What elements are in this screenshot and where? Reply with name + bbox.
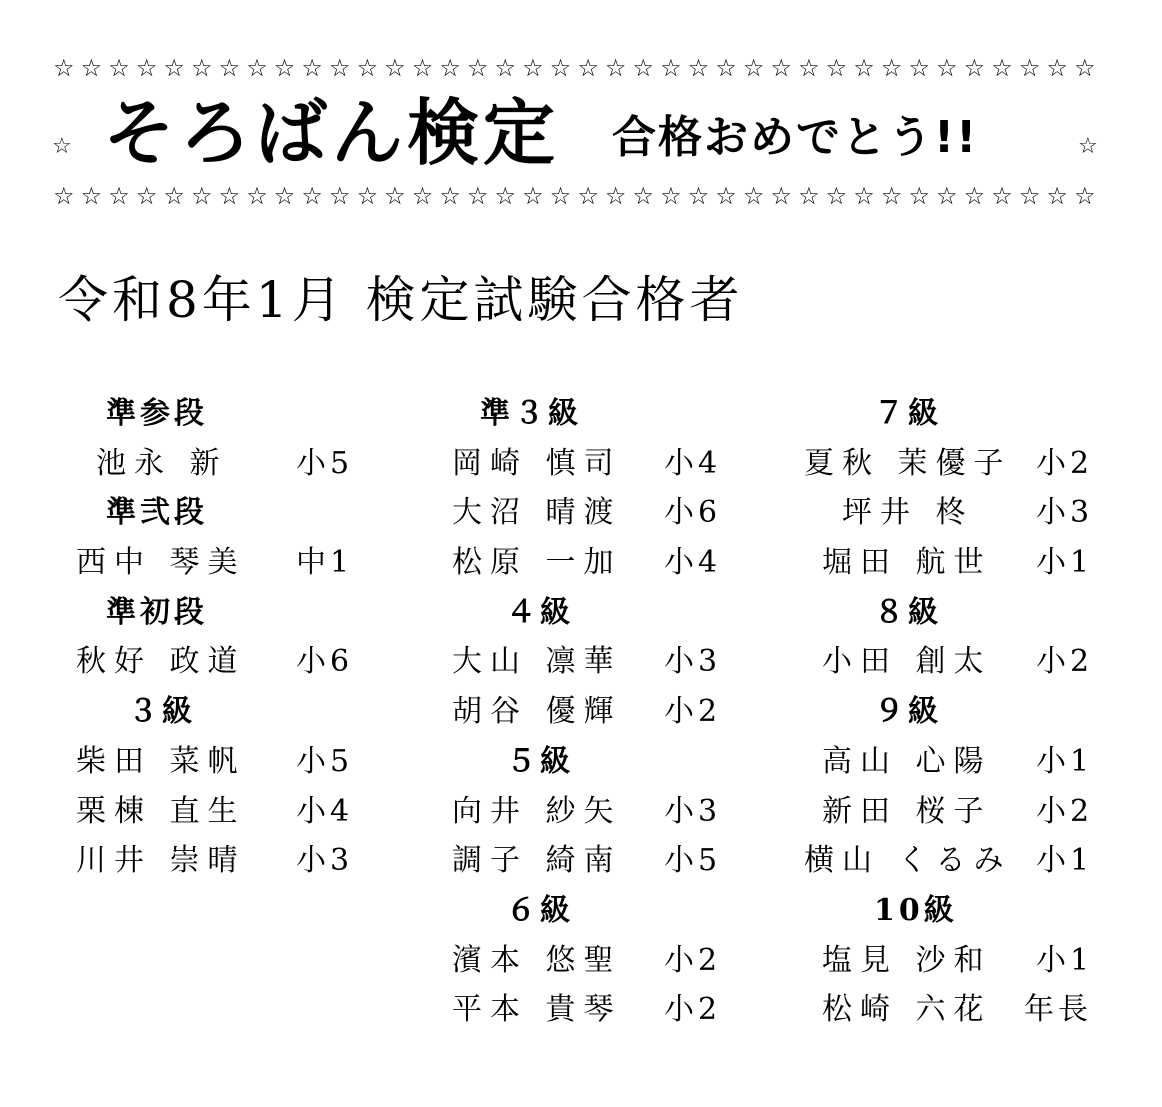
school-grade: 小3 xyxy=(664,790,721,834)
star-icon: ☆ xyxy=(326,184,354,208)
student-name: 横山 くるみ xyxy=(804,839,1012,883)
star-icon: ☆ xyxy=(547,184,575,208)
star-icon: ☆ xyxy=(740,184,768,208)
grade-label: 準参段 xyxy=(106,392,208,436)
star-icon: ☆ xyxy=(78,56,106,80)
star-icon: ☆ xyxy=(243,56,271,80)
star-icon: ☆ xyxy=(1071,56,1099,80)
school-grade: 小2 xyxy=(664,988,721,1032)
student-name: 川井 崇晴 xyxy=(76,839,246,883)
student-name: 胡谷 優輝 xyxy=(452,690,622,734)
star-icon: ☆ xyxy=(216,56,244,80)
grade-label: 準弐段 xyxy=(106,491,208,535)
star-icon: ☆ xyxy=(629,184,657,208)
student-name: 高山 心陽 xyxy=(822,740,992,784)
star-icon: ☆ xyxy=(50,184,78,208)
list-item: 柴田 菜帆小5 xyxy=(60,740,380,790)
star-icon: ☆ xyxy=(933,56,961,80)
school-grade: 小1 xyxy=(1036,740,1093,784)
star-icon: ☆ xyxy=(574,184,602,208)
star-icon: ☆ xyxy=(326,56,354,80)
star-icon: ☆ xyxy=(905,56,933,80)
star-icon: ☆ xyxy=(519,56,547,80)
star-icon: ☆ xyxy=(409,56,437,80)
list-item: 西中 琴美中1 xyxy=(60,541,380,591)
star-icon: ☆ xyxy=(1043,56,1071,80)
list-item: 平本 貴琴小2 xyxy=(440,988,760,1038)
student-name: 平本 貴琴 xyxy=(452,988,622,1032)
list-item: 岡崎 慎司小4 xyxy=(440,442,760,492)
star-icon: ☆ xyxy=(574,56,602,80)
star-icon: ☆ xyxy=(1071,184,1099,208)
school-grade: 小3 xyxy=(664,640,721,684)
school-grade: 小2 xyxy=(664,690,721,734)
grade-heading: ７級 xyxy=(800,392,1130,442)
star-icon: ☆ xyxy=(160,184,188,208)
star-icon: ☆ xyxy=(298,184,326,208)
list-item: 小田 創太小2 xyxy=(800,640,1130,690)
star-icon: ☆ xyxy=(133,56,161,80)
grade-heading: ８級 xyxy=(800,591,1130,641)
list-item: 高山 心陽小1 xyxy=(800,740,1130,790)
star-icon: ☆ xyxy=(519,184,547,208)
star-icon: ☆ xyxy=(492,184,520,208)
grade-heading: 10級 xyxy=(800,889,1130,939)
grade-label: ５級 xyxy=(506,740,574,784)
student-name: 柴田 菜帆 xyxy=(76,740,246,784)
star-icon: ☆ xyxy=(436,184,464,208)
student-name: 向井 紗矢 xyxy=(452,790,622,834)
list-item: 向井 紗矢小3 xyxy=(440,790,760,840)
school-grade: 小4 xyxy=(664,541,721,585)
star-icon: ☆ xyxy=(381,56,409,80)
grade-label: ７級 xyxy=(874,392,942,436)
star-icon: ☆ xyxy=(878,56,906,80)
star-icon: ☆ xyxy=(685,184,713,208)
grade-label: ６級 xyxy=(506,889,574,933)
star-icon: ☆ xyxy=(988,56,1016,80)
grade-label: 10級 xyxy=(874,889,958,933)
star-icon: ☆ xyxy=(795,56,823,80)
banner-subtitle: 合格おめでとう!! xyxy=(612,110,978,166)
star-icon: ☆ xyxy=(1016,184,1044,208)
list-item: 調子 綺南小5 xyxy=(440,839,760,889)
list-item: 大山 凛華小3 xyxy=(440,640,760,690)
star-border-top: ☆☆☆☆☆☆☆☆☆☆☆☆☆☆☆☆☆☆☆☆☆☆☆☆☆☆☆☆☆☆☆☆☆☆☆☆☆☆ xyxy=(50,56,1099,80)
student-name: 濱本 悠聖 xyxy=(452,939,622,983)
star-icon: ☆ xyxy=(188,184,216,208)
school-grade: 小4 xyxy=(296,790,353,834)
grade-label: 準初段 xyxy=(106,591,208,635)
results-column-3: ７級夏秋 茉優子小2坪井 柊小3堀田 航世小1８級小田 創太小2９級高山 心陽小… xyxy=(800,392,1130,1038)
school-grade: 小4 xyxy=(664,442,721,486)
star-icon: ☆ xyxy=(133,184,161,208)
grade-label: ９級 xyxy=(874,690,942,734)
school-grade: 小3 xyxy=(296,839,353,883)
grade-heading: 準初段 xyxy=(60,591,380,641)
star-icon: ☆ xyxy=(850,184,878,208)
star-icon: ☆ xyxy=(657,56,685,80)
star-icon: ☆ xyxy=(188,56,216,80)
star-icon: ☆ xyxy=(823,184,851,208)
grade-heading: ５級 xyxy=(440,740,760,790)
school-grade: 小1 xyxy=(1036,939,1093,983)
star-icon: ☆ xyxy=(823,56,851,80)
school-grade: 年長 xyxy=(1024,988,1092,1032)
star-icon: ☆ xyxy=(850,56,878,80)
page-heading: 令和8年1月 検定試験合格者 xyxy=(58,268,744,332)
star-icon: ☆ xyxy=(795,184,823,208)
star-icon: ☆ xyxy=(216,184,244,208)
list-item: 川井 崇晴小3 xyxy=(60,839,380,889)
star-icon: ☆ xyxy=(105,56,133,80)
student-name: 塩見 沙和 xyxy=(822,939,992,983)
star-icon: ☆ xyxy=(381,184,409,208)
star-icon: ☆ xyxy=(78,184,106,208)
star-icon: ☆ xyxy=(105,184,133,208)
list-item: 夏秋 茉優子小2 xyxy=(800,442,1130,492)
grade-label: 準３級 xyxy=(480,392,582,436)
list-item: 栗棟 直生小4 xyxy=(60,790,380,840)
star-icon: ☆ xyxy=(464,184,492,208)
star-icon: ☆ xyxy=(602,56,630,80)
star-icon: ☆ xyxy=(243,184,271,208)
school-grade: 小6 xyxy=(296,640,353,684)
star-icon: ☆ xyxy=(961,56,989,80)
student-name: 夏秋 茉優子 xyxy=(804,442,1012,486)
results-column-1: 準参段池永 新小5準弐段西中 琴美中1準初段秋好 政道小6３級柴田 菜帆小5栗棟… xyxy=(60,392,380,889)
star-icon-right: ☆ xyxy=(1078,134,1098,159)
student-name: 池永 新 xyxy=(96,442,228,486)
star-icon: ☆ xyxy=(767,56,795,80)
list-item: 濱本 悠聖小2 xyxy=(440,939,760,989)
grade-heading: ９級 xyxy=(800,690,1130,740)
school-grade: 小3 xyxy=(1036,491,1093,535)
school-grade: 小5 xyxy=(664,839,721,883)
school-grade: 小2 xyxy=(1036,640,1093,684)
star-icon-left: ☆ xyxy=(52,134,72,159)
list-item: 松崎 六花年長 xyxy=(800,988,1130,1038)
student-name: 坪井 柊 xyxy=(842,491,974,535)
star-icon: ☆ xyxy=(160,56,188,80)
list-item: 大沼 晴渡小6 xyxy=(440,491,760,541)
grade-label: ４級 xyxy=(506,591,574,635)
star-icon: ☆ xyxy=(988,184,1016,208)
list-item: 池永 新小5 xyxy=(60,442,380,492)
results-column-2: 準３級岡崎 慎司小4大沼 晴渡小6松原 一加小4４級大山 凛華小3胡谷 優輝小2… xyxy=(440,392,760,1038)
star-icon: ☆ xyxy=(547,56,575,80)
star-icon: ☆ xyxy=(712,184,740,208)
star-icon: ☆ xyxy=(464,56,492,80)
school-grade: 中1 xyxy=(296,541,353,585)
star-icon: ☆ xyxy=(436,56,464,80)
grade-label: ８級 xyxy=(874,591,942,635)
grade-heading: 準弐段 xyxy=(60,491,380,541)
star-icon: ☆ xyxy=(740,56,768,80)
student-name: 岡崎 慎司 xyxy=(452,442,622,486)
star-icon: ☆ xyxy=(602,184,630,208)
star-icon: ☆ xyxy=(629,56,657,80)
school-grade: 小1 xyxy=(1036,541,1093,585)
student-name: 調子 綺南 xyxy=(452,839,622,883)
student-name: 大山 凛華 xyxy=(452,640,622,684)
student-name: 新田 桜子 xyxy=(822,790,992,834)
school-grade: 小6 xyxy=(664,491,721,535)
school-grade: 小2 xyxy=(664,939,721,983)
star-icon: ☆ xyxy=(1016,56,1044,80)
list-item: 胡谷 優輝小2 xyxy=(440,690,760,740)
star-icon: ☆ xyxy=(354,184,382,208)
star-icon: ☆ xyxy=(933,184,961,208)
star-icon: ☆ xyxy=(961,184,989,208)
student-name: 秋好 政道 xyxy=(76,640,246,684)
star-border-bottom: ☆☆☆☆☆☆☆☆☆☆☆☆☆☆☆☆☆☆☆☆☆☆☆☆☆☆☆☆☆☆☆☆☆☆☆☆☆☆ xyxy=(50,184,1099,208)
star-icon: ☆ xyxy=(712,56,740,80)
list-item: 松原 一加小4 xyxy=(440,541,760,591)
school-grade: 小5 xyxy=(296,442,353,486)
student-name: 栗棟 直生 xyxy=(76,790,246,834)
star-icon: ☆ xyxy=(878,184,906,208)
star-icon: ☆ xyxy=(492,56,520,80)
grade-heading: ３級 xyxy=(60,690,380,740)
star-icon: ☆ xyxy=(409,184,437,208)
star-icon: ☆ xyxy=(905,184,933,208)
student-name: 松原 一加 xyxy=(452,541,622,585)
grade-label: ３級 xyxy=(128,690,196,734)
grade-heading: 準３級 xyxy=(440,392,760,442)
grade-heading: ６級 xyxy=(440,889,760,939)
star-icon: ☆ xyxy=(1043,184,1071,208)
star-icon: ☆ xyxy=(271,56,299,80)
student-name: 松崎 六花 xyxy=(822,988,992,1032)
star-icon: ☆ xyxy=(767,184,795,208)
list-item: 横山 くるみ小1 xyxy=(800,839,1130,889)
list-item: 秋好 政道小6 xyxy=(60,640,380,690)
list-item: 新田 桜子小2 xyxy=(800,790,1130,840)
student-name: 小田 創太 xyxy=(822,640,992,684)
star-icon: ☆ xyxy=(298,56,326,80)
student-name: 西中 琴美 xyxy=(76,541,246,585)
list-item: 塩見 沙和小1 xyxy=(800,939,1130,989)
school-grade: 小2 xyxy=(1036,790,1093,834)
grade-heading: ４級 xyxy=(440,591,760,641)
star-icon: ☆ xyxy=(354,56,382,80)
star-icon: ☆ xyxy=(50,56,78,80)
star-icon: ☆ xyxy=(685,56,713,80)
school-grade: 小1 xyxy=(1036,839,1093,883)
student-name: 大沼 晴渡 xyxy=(452,491,622,535)
student-name: 堀田 航世 xyxy=(822,541,992,585)
list-item: 堀田 航世小1 xyxy=(800,541,1130,591)
star-icon: ☆ xyxy=(271,184,299,208)
school-grade: 小2 xyxy=(1036,442,1093,486)
list-item: 坪井 柊小3 xyxy=(800,491,1130,541)
grade-heading: 準参段 xyxy=(60,392,380,442)
star-icon: ☆ xyxy=(657,184,685,208)
banner-title: そろばん検定 xyxy=(103,88,559,178)
school-grade: 小5 xyxy=(296,740,353,784)
